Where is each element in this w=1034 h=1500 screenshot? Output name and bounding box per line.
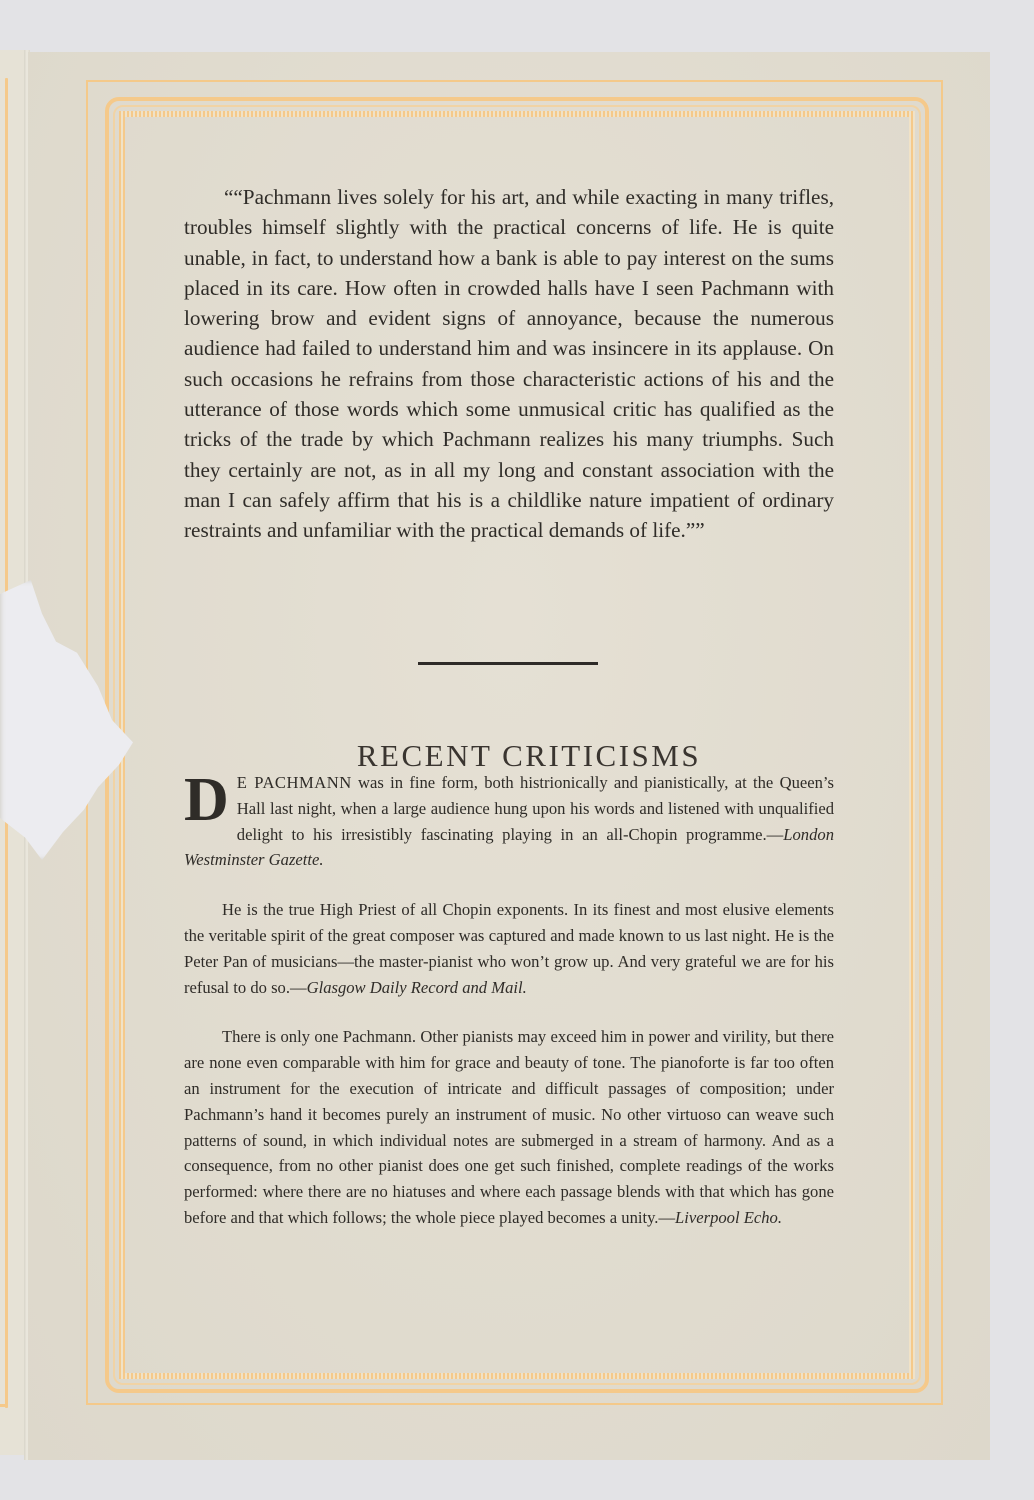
review-body: There is only one Pachmann. Other pianis…: [184, 1027, 834, 1227]
section-divider-rule: [418, 662, 598, 665]
quote-paragraph: ““Pachmann lives solely for his art, and…: [184, 182, 834, 546]
review-lead-smallcaps: E PACHMANN: [237, 773, 352, 792]
review-glasgow-daily-record: He is the true High Priest of all Chopin…: [184, 897, 834, 1000]
left-page-frame-corner: [0, 1404, 8, 1407]
review-westminster-gazette: DE PACHMANN was in fine form, both histr…: [184, 770, 834, 873]
drop-cap-letter: D: [184, 776, 229, 824]
reviews-list: DE PACHMANN was in fine form, both histr…: [184, 770, 834, 1255]
review-source: Glasgow Daily Record and Mail.: [307, 978, 527, 997]
review-source: Liverpool Echo.: [675, 1208, 782, 1227]
pachmann-quote: ““Pachmann lives solely for his art, and…: [184, 182, 834, 546]
review-liverpool-echo: There is only one Pachmann. Other pianis…: [184, 1024, 834, 1230]
section-heading: RECENT CRITICISMS: [184, 738, 854, 774]
